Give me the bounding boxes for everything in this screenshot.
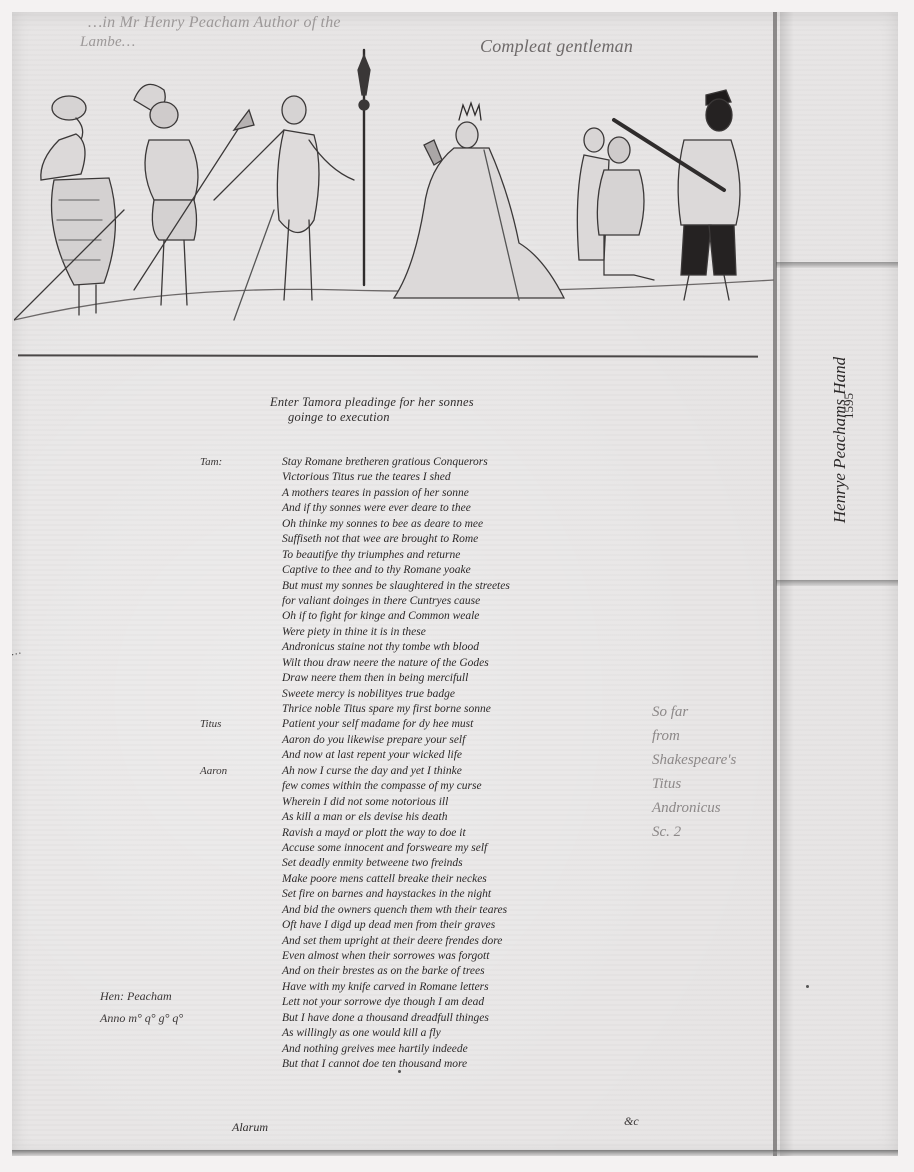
ink-speck: [398, 1070, 401, 1073]
speech-line: Wilt thou draw neere the nature of the G…: [232, 656, 652, 671]
horizontal-fold-upper: [776, 262, 898, 268]
speech-line: Accuse some innocent and forsweare my se…: [232, 841, 652, 856]
speaker-label: Aaron: [200, 764, 236, 779]
speaker-label: Titus: [200, 717, 236, 732]
spear-figure: [358, 50, 370, 285]
speech-line: Aaron do you likewise prepare your self: [232, 733, 652, 748]
speech-line: AaronAh now I curse the day and yet I th…: [232, 764, 652, 779]
speech-line: And now at last repent your wicked life: [232, 748, 652, 763]
speech-line: Set fire on barnes and haystackes in the…: [232, 887, 652, 902]
speech-line: And bid the owners quench them wth their…: [232, 903, 652, 918]
ink-speck: [806, 985, 809, 988]
speech-line: for valiant doinges in there Cuntryes ca…: [232, 594, 652, 609]
speech-line: Victorious Titus rue the teares I shed: [232, 470, 652, 485]
speech-line: And on their brestes as on the barke of …: [232, 964, 652, 979]
speech-line: Oh thinke my sonnes to bee as deare to m…: [232, 517, 652, 532]
tamora-figure: [394, 103, 564, 300]
soldier-plumed-figure: [134, 84, 254, 305]
speech-line: few comes within the compasse of my curs…: [232, 779, 652, 794]
speech-line: Set deadly enmity betweene two freinds: [232, 856, 652, 871]
speech-line: And nothing greives mee hartily indeede: [232, 1042, 652, 1057]
speech-line: And if thy sonnes were ever deare to the…: [232, 501, 652, 516]
speech-line: TitusPatient your self madame for dy hee…: [232, 717, 652, 732]
stage-direction-line-1: Enter Tamora pleadinge for her sonnes: [270, 395, 474, 409]
etcetera-mark: &c: [624, 1114, 639, 1129]
speech-line: Suffiseth not that wee are brought to Ro…: [232, 532, 652, 547]
speech-line: Captive to thee and to thy Romane yoake: [232, 563, 652, 578]
speech-line: To beautifye thy triumphes and returne: [232, 548, 652, 563]
horizontal-fold-lower: [776, 580, 898, 586]
speech-line: Oft have I digd up dead men from their g…: [232, 918, 652, 933]
stage-direction: Enter Tamora pleadinge for her sonnes go…: [270, 395, 670, 425]
left-margin-signature: Hen: Peacham Anno m° q° g° q°: [100, 985, 250, 1029]
speech-line: Were piety in thine it is in these: [232, 625, 652, 640]
speech-line: But must my sonnes be slaughtered in the…: [232, 579, 652, 594]
speech-line: Thrice noble Titus spare my first borne …: [232, 702, 652, 717]
speech-line: As kill a man or els devise his death: [232, 810, 652, 825]
speech-line: But that I cannot doe ten thousand more: [232, 1057, 652, 1072]
bottom-left-note: Alarum: [232, 1120, 268, 1135]
speech-line: Even almost when their sorrowes was forg…: [232, 949, 652, 964]
speech-line: And set them upright at their deere fren…: [232, 934, 652, 949]
speech-line: Sweete mercy is nobilityes true badge: [232, 687, 652, 702]
speech-line: A mothers teares in passion of her sonne: [232, 486, 652, 501]
speech-line: Make poore mens cattell breake their nec…: [232, 872, 652, 887]
soldier-left-figure: [14, 96, 124, 320]
titus-andronicus-illustration: [14, 30, 774, 360]
page-bottom-edge: [12, 1150, 898, 1156]
kneeling-sons-figure: [577, 128, 654, 280]
vertical-date-mark: 1595: [841, 393, 857, 419]
speech-line: Oh if to fight for kinge and Common weal…: [232, 609, 652, 624]
speech-line: Lett not your sorrowe dye though I am de…: [232, 995, 652, 1010]
speech-line: But I have done a thousand dreadfull thi…: [232, 1011, 652, 1026]
speech-line: Wherein I did not some notorious ill: [232, 795, 652, 810]
vertical-attribution-note: Henrye Peachams Hand: [830, 357, 850, 523]
right-margin-note: So far from Shakespeare's Titus Andronic…: [652, 700, 772, 844]
speaker-label: Tam:: [200, 455, 236, 470]
speech-line: Draw neere them then in being mercifull: [232, 671, 652, 686]
stage-direction-line-2: goinge to execution: [270, 410, 670, 425]
speech-line: Andronicus staine not thy tombe wth bloo…: [232, 640, 652, 655]
speech-line: Tam:Stay Romane bretheren gratious Conqu…: [232, 455, 652, 470]
speech-text-block: Tam:Stay Romane bretheren gratious Conqu…: [232, 455, 652, 1073]
speech-line: As willingly as one would kill a fly: [232, 1026, 652, 1041]
speech-line: Ravish a mayd or plott the way to doe it: [232, 826, 652, 841]
speech-line: Have with my knife carved in Romane lett…: [232, 980, 652, 995]
